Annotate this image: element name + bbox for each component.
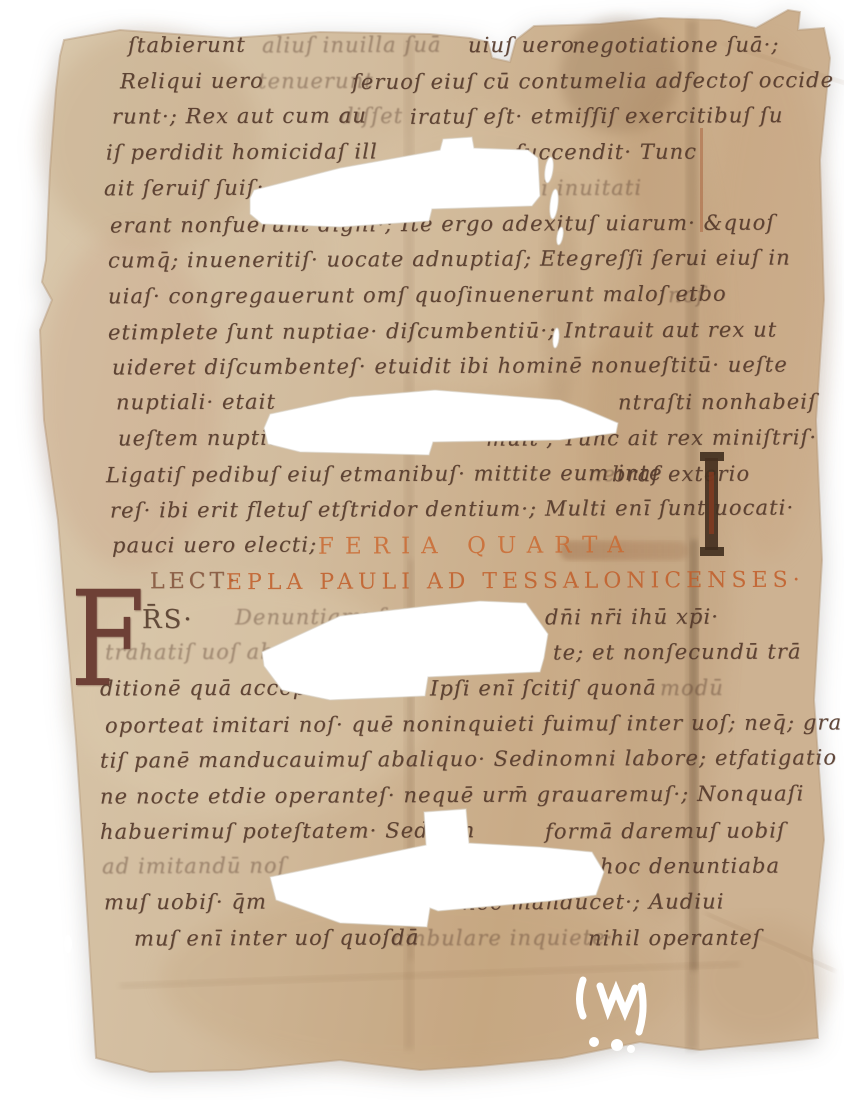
damage-overlay: [0, 0, 844, 1100]
red-offset-line: [700, 128, 703, 232]
cutout-hole-3: [262, 601, 548, 700]
worm-holes: [580, 980, 644, 1032]
slit-hole: [543, 157, 555, 184]
cutout-hole-1: [250, 137, 540, 227]
manuscript-photo: F ſtabieruntaliuſ inuilla ſuāuiuſ uerone…: [0, 0, 844, 1100]
slit-hole: [555, 227, 564, 246]
slit-hole: [552, 328, 560, 349]
cutout-hole-2: [264, 390, 618, 455]
initial-letter-i: [700, 452, 724, 556]
worm-holes-dots: [64, 935, 635, 1053]
slit-hole: [548, 189, 559, 220]
cutout-hole-4: [270, 809, 604, 927]
